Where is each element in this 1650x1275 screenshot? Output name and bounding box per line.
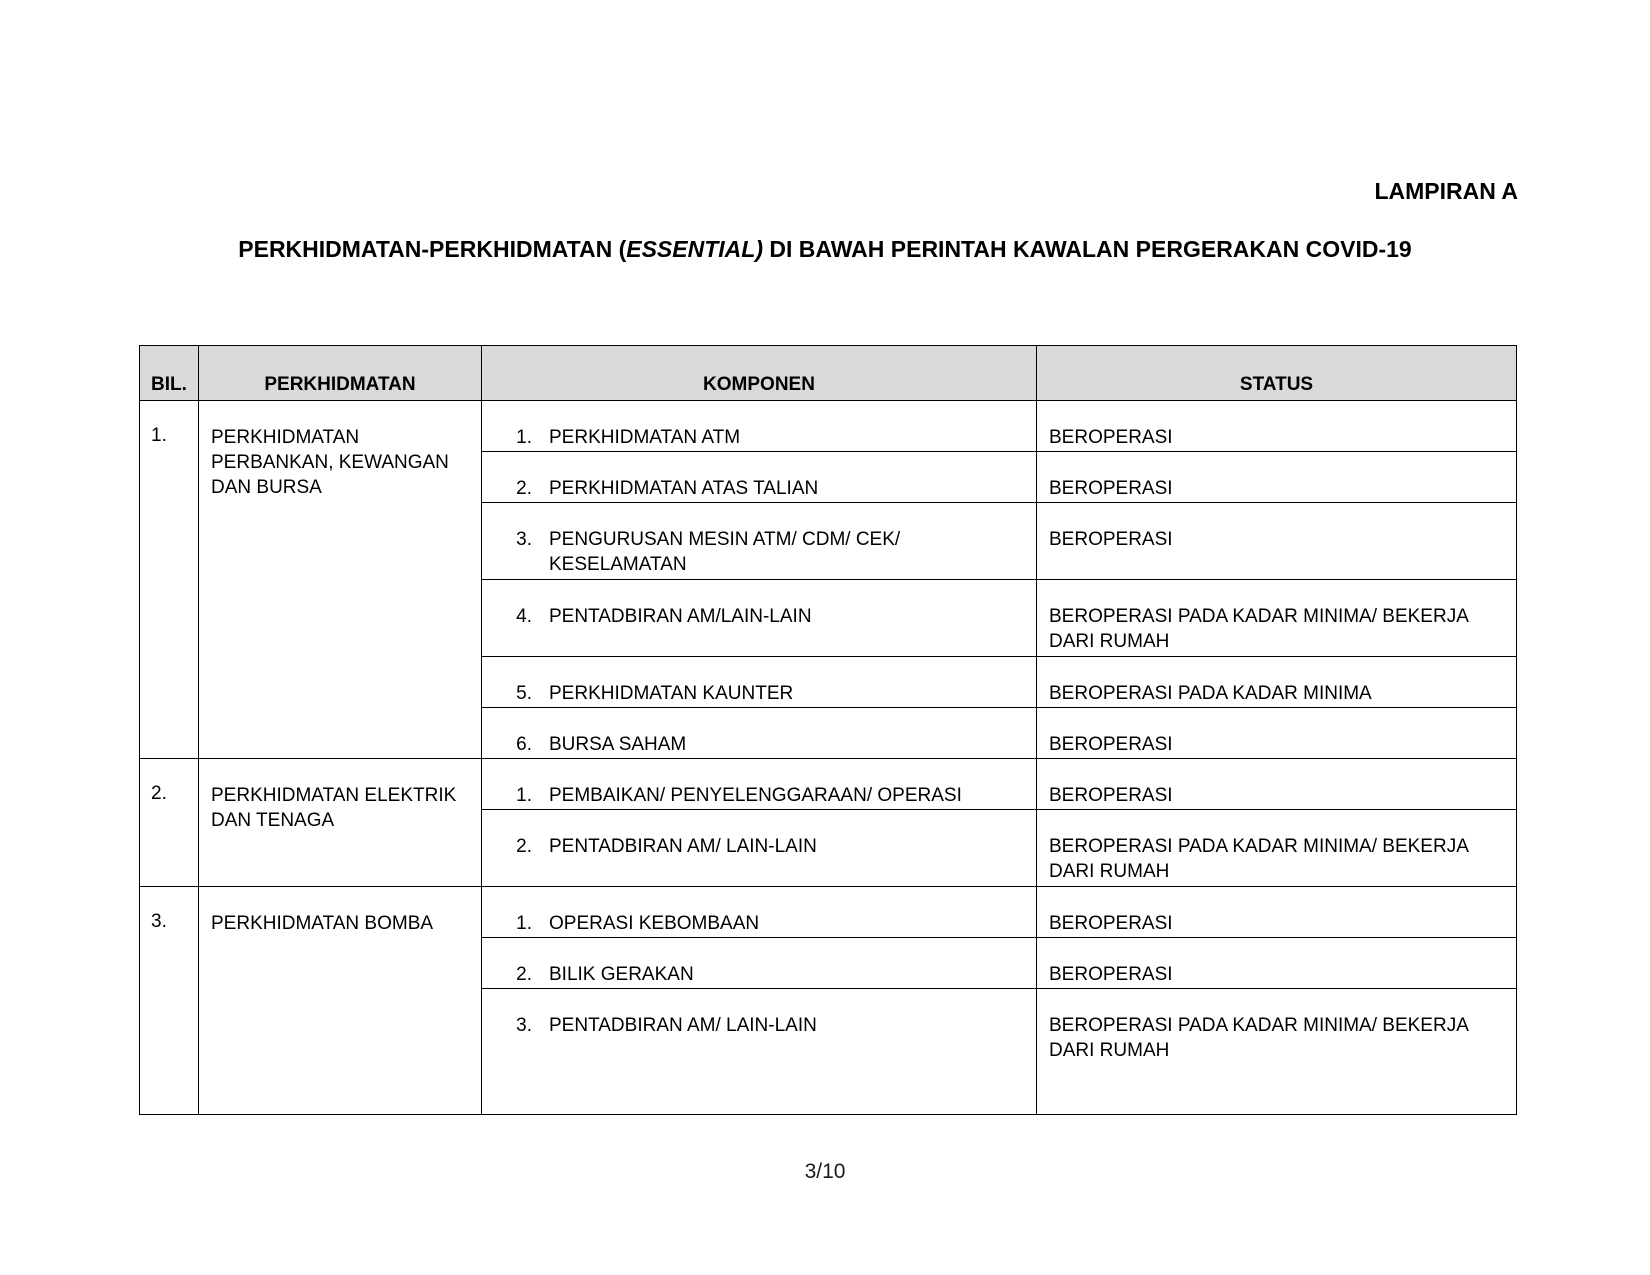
cell-status: BEROPERASI PADA KADAR MINIMA/ BEKERJA DA… (1037, 810, 1517, 887)
cell-komponen: 1.OPERASI KEBOMBAAN (482, 887, 1037, 938)
title-suffix: DI BAWAH PERINTAH KAWALAN PERGERAKAN COV… (763, 236, 1412, 262)
cell-komponen: 1.PEMBAIKAN/ PENYELENGGARAAN/ OPERASI (482, 759, 1037, 810)
table-row: 1.PERKHIDMATAN PERBANKAN, KEWANGAN DAN B… (140, 401, 1517, 452)
component-number: 3. (482, 1013, 549, 1038)
cell-status: BEROPERASI (1037, 708, 1517, 759)
title-prefix: PERKHIDMATAN-PERKHIDMATAN ( (238, 236, 626, 262)
annex-label: LAMPIRAN A (1374, 178, 1518, 205)
document-title: PERKHIDMATAN-PERKHIDMATAN (ESSENTIAL) DI… (0, 236, 1650, 263)
cell-status: BEROPERASI (1037, 759, 1517, 810)
cell-komponen: 1.PERKHIDMATAN ATM (482, 401, 1037, 452)
col-header-bil: BIL. (140, 346, 199, 401)
component-name: BILIK GERAKAN (549, 962, 979, 987)
cell-status: BEROPERASI PADA KADAR MINIMA (1037, 657, 1517, 708)
table-body: 1.PERKHIDMATAN PERBANKAN, KEWANGAN DAN B… (140, 401, 1517, 1115)
cell-bil: 3. (140, 887, 199, 1115)
cell-status: BEROPERASI PADA KADAR MINIMA/ BEKERJA DA… (1037, 580, 1517, 657)
component-name: PERKHIDMATAN KAUNTER (549, 681, 979, 706)
cell-status: BEROPERASI (1037, 452, 1517, 503)
component-number: 1. (482, 783, 549, 808)
component-number: 1. (482, 911, 549, 936)
cell-komponen: 2.PENTADBIRAN AM/ LAIN-LAIN (482, 810, 1037, 887)
cell-perkhidmatan: PERKHIDMATAN PERBANKAN, KEWANGAN DAN BUR… (199, 401, 482, 759)
cell-status: BEROPERASI (1037, 503, 1517, 580)
table-header-row: BIL. PERKHIDMATAN KOMPONEN STATUS (140, 346, 1517, 401)
cell-status: BEROPERASI PADA KADAR MINIMA/ BEKERJA DA… (1037, 989, 1517, 1115)
table-row: 3.PERKHIDMATAN BOMBA1.OPERASI KEBOMBAANB… (140, 887, 1517, 938)
col-header-perkhidmatan: PERKHIDMATAN (199, 346, 482, 401)
component-number: 6. (482, 732, 549, 757)
cell-komponen: 5.PERKHIDMATAN KAUNTER (482, 657, 1037, 708)
cell-status: BEROPERASI (1037, 401, 1517, 452)
component-number: 4. (482, 604, 549, 629)
component-name: PENTADBIRAN AM/ LAIN-LAIN (549, 1013, 979, 1038)
cell-komponen: 2.BILIK GERAKAN (482, 938, 1037, 989)
col-header-status: STATUS (1037, 346, 1517, 401)
col-header-komponen: KOMPONEN (482, 346, 1037, 401)
component-name: BURSA SAHAM (549, 732, 979, 757)
component-number: 2. (482, 962, 549, 987)
cell-komponen: 6.BURSA SAHAM (482, 708, 1037, 759)
cell-komponen: 3.PENGURUSAN MESIN ATM/ CDM/ CEK/ KESELA… (482, 503, 1037, 580)
component-name: PERKHIDMATAN ATAS TALIAN (549, 476, 979, 501)
component-number: 3. (482, 527, 549, 552)
cell-perkhidmatan: PERKHIDMATAN BOMBA (199, 887, 482, 1115)
component-name: PENTADBIRAN AM/ LAIN-LAIN (549, 834, 979, 859)
component-name: PERKHIDMATAN ATM (549, 425, 979, 450)
cell-bil: 2. (140, 759, 199, 887)
component-name: PEMBAIKAN/ PENYELENGGARAAN/ OPERASI (549, 783, 979, 808)
cell-status: BEROPERASI (1037, 938, 1517, 989)
component-name: PENGURUSAN MESIN ATM/ CDM/ CEK/ KESELAMA… (549, 527, 979, 577)
component-name: OPERASI KEBOMBAAN (549, 911, 979, 936)
cell-komponen: 3.PENTADBIRAN AM/ LAIN-LAIN (482, 989, 1037, 1115)
cell-status: BEROPERASI (1037, 887, 1517, 938)
component-number: 1. (482, 425, 549, 450)
essential-services-table: BIL. PERKHIDMATAN KOMPONEN STATUS 1.PERK… (139, 345, 1517, 1115)
component-number: 2. (482, 834, 549, 859)
cell-komponen: 4.PENTADBIRAN AM/LAIN-LAIN (482, 580, 1037, 657)
cell-perkhidmatan: PERKHIDMATAN ELEKTRIK DAN TENAGA (199, 759, 482, 887)
title-italic: ESSENTIAL) (626, 236, 763, 262)
cell-bil: 1. (140, 401, 199, 759)
component-number: 5. (482, 681, 549, 706)
component-number: 2. (482, 476, 549, 501)
component-name: PENTADBIRAN AM/LAIN-LAIN (549, 604, 979, 629)
page-number: 3/10 (0, 1160, 1650, 1184)
cell-komponen: 2.PERKHIDMATAN ATAS TALIAN (482, 452, 1037, 503)
table-row: 2.PERKHIDMATAN ELEKTRIK DAN TENAGA1.PEMB… (140, 759, 1517, 810)
